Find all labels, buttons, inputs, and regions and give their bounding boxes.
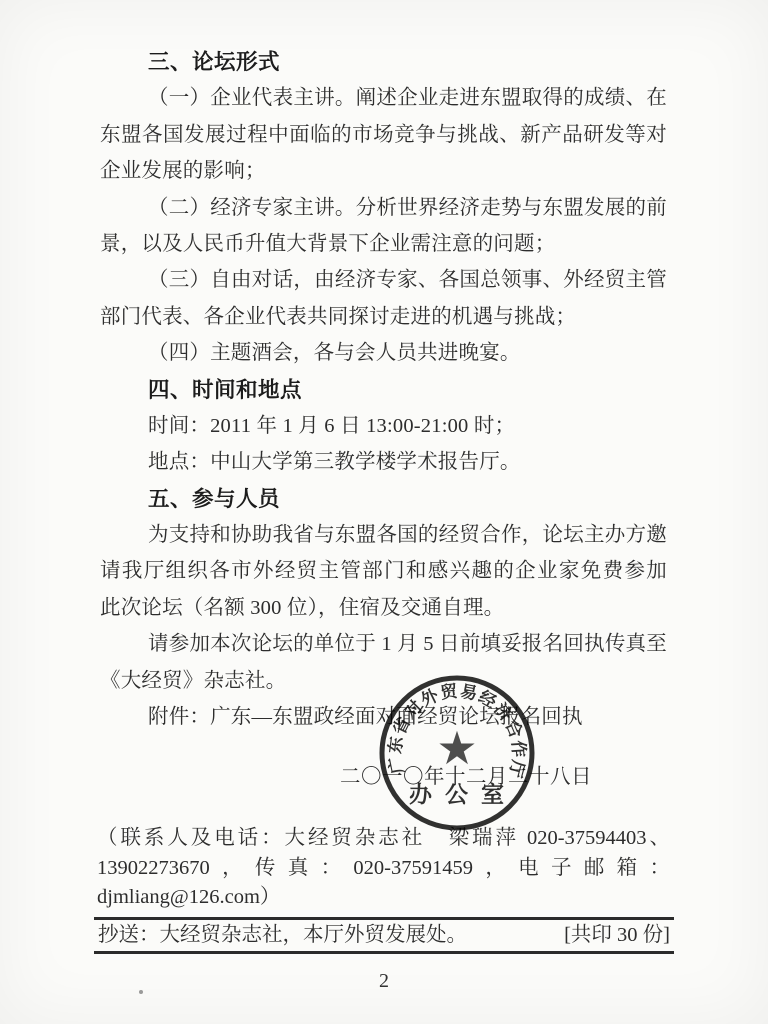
page-number: 2: [0, 970, 768, 993]
text-line: 为支持和协助我省与东盟各国的经贸合作，论坛主办方邀: [100, 517, 667, 553]
text-line-location: 地点：中山大学第三教学楼学术报告厅。: [100, 444, 667, 480]
text-line: 此次论坛（名额 300 位），住宿及交通自理。: [100, 590, 667, 626]
section-heading-3: 三、论坛形式: [100, 44, 667, 80]
contact-email-line: djmliang@126.com）: [97, 883, 670, 913]
scan-artifact-dot: [139, 990, 143, 994]
cc-footer-bar: 抄送：大经贸杂志社，本厅外贸发展处。 [共印 30 份]: [94, 917, 674, 954]
text-line: （二）经济专家主讲。分析世界经济走势与东盟发展的前: [100, 190, 667, 226]
official-seal-stamp: 广东省对外贸易经济合作厅 ★ 办公室: [372, 668, 542, 838]
cc-line: 抄送：大经贸杂志社，本厅外贸发展处。: [98, 923, 467, 948]
contact-line: 13902273670，传真：020-37591459，电子邮箱：: [97, 854, 670, 884]
section-heading-5: 五、参与人员: [100, 481, 667, 517]
stamp-office-label: 办公室: [409, 781, 517, 807]
text-line: 请参加本次论坛的单位于 1 月 5 日前填妥报名回执传真至: [100, 626, 667, 662]
star-icon: ★: [436, 723, 477, 774]
document-page: 三、论坛形式 （一）企业代表主讲。阐述企业走进东盟取得的成绩、在 东盟各国发展过…: [0, 0, 768, 1024]
text-line: 请我厅组织各市外经贸主管部门和感兴趣的企业家免费参加: [100, 553, 667, 589]
copies-note: [共印 30 份]: [564, 923, 670, 948]
text-line: 企业发展的影响；: [100, 153, 667, 189]
text-line: 东盟各国发展过程中面临的市场竞争与挑战、新产品研发等对: [100, 117, 667, 153]
text-line: 景，以及人民币升值大背景下企业需注意的问题；: [100, 226, 667, 262]
text-line-time: 时间：2011 年 1 月 6 日 13:00-21:00 时；: [100, 408, 667, 444]
text-line: （一）企业代表主讲。阐述企业走进东盟取得的成绩、在: [100, 80, 667, 116]
text-line: 部门代表、各企业代表共同探讨走进的机遇与挑战；: [100, 299, 667, 335]
document-body: 三、论坛形式 （一）企业代表主讲。阐述企业走进东盟取得的成绩、在 东盟各国发展过…: [100, 44, 667, 735]
section-heading-4: 四、时间和地点: [100, 372, 667, 408]
text-line: （三）自由对话，由经济专家、各国总领事、外经贸主管: [100, 262, 667, 298]
text-line: （四）主题酒会，各与会人员共进晚宴。: [100, 335, 667, 371]
